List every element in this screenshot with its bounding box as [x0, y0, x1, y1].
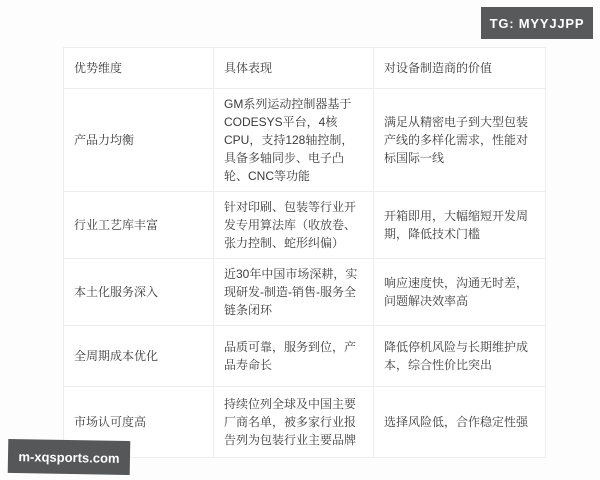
table-row: 行业工艺库丰富 针对印刷、包装等行业开发专用算法库（收放卷、张力控制、蛇形纠偏）…: [64, 192, 546, 259]
col-header-value: 对设备制造商的价值: [374, 48, 546, 89]
cell-value: 满足从精密电子到大型包装产线的多样化需求，性能对标国际一线: [374, 89, 546, 192]
cell-value: 选择风险低，合作稳定性强: [374, 387, 546, 458]
table-row: 全周期成本优化 品质可靠，服务到位，产品寿命长 降低停机风险与长期维护成本，综合…: [64, 326, 546, 387]
telegram-badge-label: TG: MYYJJPP: [490, 16, 585, 31]
cell-detail: 近30年中国市场深耕，实现研发-制造-销售-服务全链条闭环: [214, 259, 374, 326]
cell-dimension: 产品力均衡: [64, 89, 214, 192]
cell-detail: 针对印刷、包装等行业开发专用算法库（收放卷、张力控制、蛇形纠偏）: [214, 192, 374, 259]
cell-value: 降低停机风险与长期维护成本，综合性价比突出: [374, 326, 546, 387]
watermark-badge: m-xqsports.com: [8, 439, 131, 475]
table-header-row: 优势维度 具体表现 对设备制造商的价值: [64, 48, 546, 89]
cell-dimension: 全周期成本优化: [64, 326, 214, 387]
watermark-label: m-xqsports.com: [18, 449, 119, 466]
cell-dimension: 行业工艺库丰富: [64, 192, 214, 259]
advantages-table: 优势维度 具体表现 对设备制造商的价值 产品力均衡 GM系列运动控制器基于COD…: [63, 47, 546, 458]
col-header-detail: 具体表现: [214, 48, 374, 89]
cell-detail: GM系列运动控制器基于CODESYS平台，4核CPU，支持128轴控制，具备多轴…: [214, 89, 374, 192]
table-row: 本土化服务深入 近30年中国市场深耕，实现研发-制造-销售-服务全链条闭环 响应…: [64, 259, 546, 326]
cell-value: 响应速度快，沟通无时差，问题解决效率高: [374, 259, 546, 326]
table-row: 市场认可度高 持续位列全球及中国主要厂商名单，被多家行业报告列为包装行业主要品牌…: [64, 387, 546, 458]
table-row: 产品力均衡 GM系列运动控制器基于CODESYS平台，4核CPU，支持128轴控…: [64, 89, 546, 192]
cell-detail: 持续位列全球及中国主要厂商名单，被多家行业报告列为包装行业主要品牌: [214, 387, 374, 458]
page: { "badge": { "label": "TG: MYYJJPP" }, "…: [0, 0, 600, 480]
telegram-badge: TG: MYYJJPP: [481, 7, 593, 39]
cell-dimension: 本土化服务深入: [64, 259, 214, 326]
col-header-dimension: 优势维度: [64, 48, 214, 89]
cell-value: 开箱即用，大幅缩短开发周期，降低技术门槛: [374, 192, 546, 259]
cell-detail: 品质可靠，服务到位，产品寿命长: [214, 326, 374, 387]
